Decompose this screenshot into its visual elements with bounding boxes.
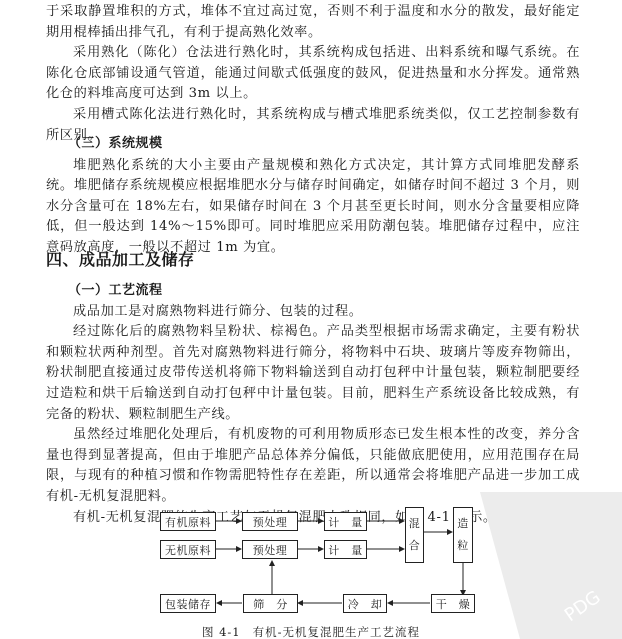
process-flow-diagram: 有机原料 无机原料 预处理 预处理 计 量 计 量 混 合 造 粒 干 燥 冷 …	[0, 0, 622, 639]
flow-arrows	[0, 0, 622, 639]
node-label: 无机原料	[165, 542, 211, 558]
node-label: 筛 分	[253, 596, 288, 612]
node-label: 计 量	[328, 514, 363, 530]
figure-title: 有机-无机复混肥生产工艺流程	[253, 625, 420, 639]
node-label: 造	[457, 513, 469, 535]
figure-caption: 图 4-1有机-无机复混肥生产工艺流程	[0, 624, 622, 639]
node-label: 预处理	[253, 542, 288, 558]
node-organic-raw-material: 有机原料	[160, 512, 216, 531]
document-page: 于采取静置堆积的方式，堆体不宜过高过宽，否则不利于温度和水分的散发，最好能定期用…	[0, 0, 622, 639]
node-packaging-storage: 包装储存	[160, 594, 216, 613]
node-label: 有机原料	[165, 514, 211, 530]
node-label: 干 燥	[436, 596, 471, 612]
node-label: 合	[409, 535, 421, 557]
node-label: 粒	[457, 535, 469, 557]
node-metering-1: 计 量	[324, 512, 367, 531]
figure-number: 图 4-1	[202, 625, 241, 639]
node-pretreatment-2: 预处理	[242, 540, 298, 559]
node-label: 计 量	[328, 542, 363, 558]
node-label: 预处理	[253, 514, 288, 530]
node-granulation: 造 粒	[453, 507, 473, 563]
node-label: 冷 却	[348, 596, 383, 612]
node-pretreatment-1: 预处理	[242, 512, 298, 531]
node-cooling: 冷 却	[343, 594, 387, 613]
node-label: 包装储存	[165, 596, 211, 612]
node-drying: 干 燥	[431, 594, 475, 613]
node-inorganic-raw-material: 无机原料	[160, 540, 216, 559]
node-mixing: 混 合	[405, 507, 424, 563]
node-screening: 筛 分	[243, 594, 298, 613]
node-label: 混	[409, 513, 421, 535]
node-metering-2: 计 量	[324, 540, 367, 559]
